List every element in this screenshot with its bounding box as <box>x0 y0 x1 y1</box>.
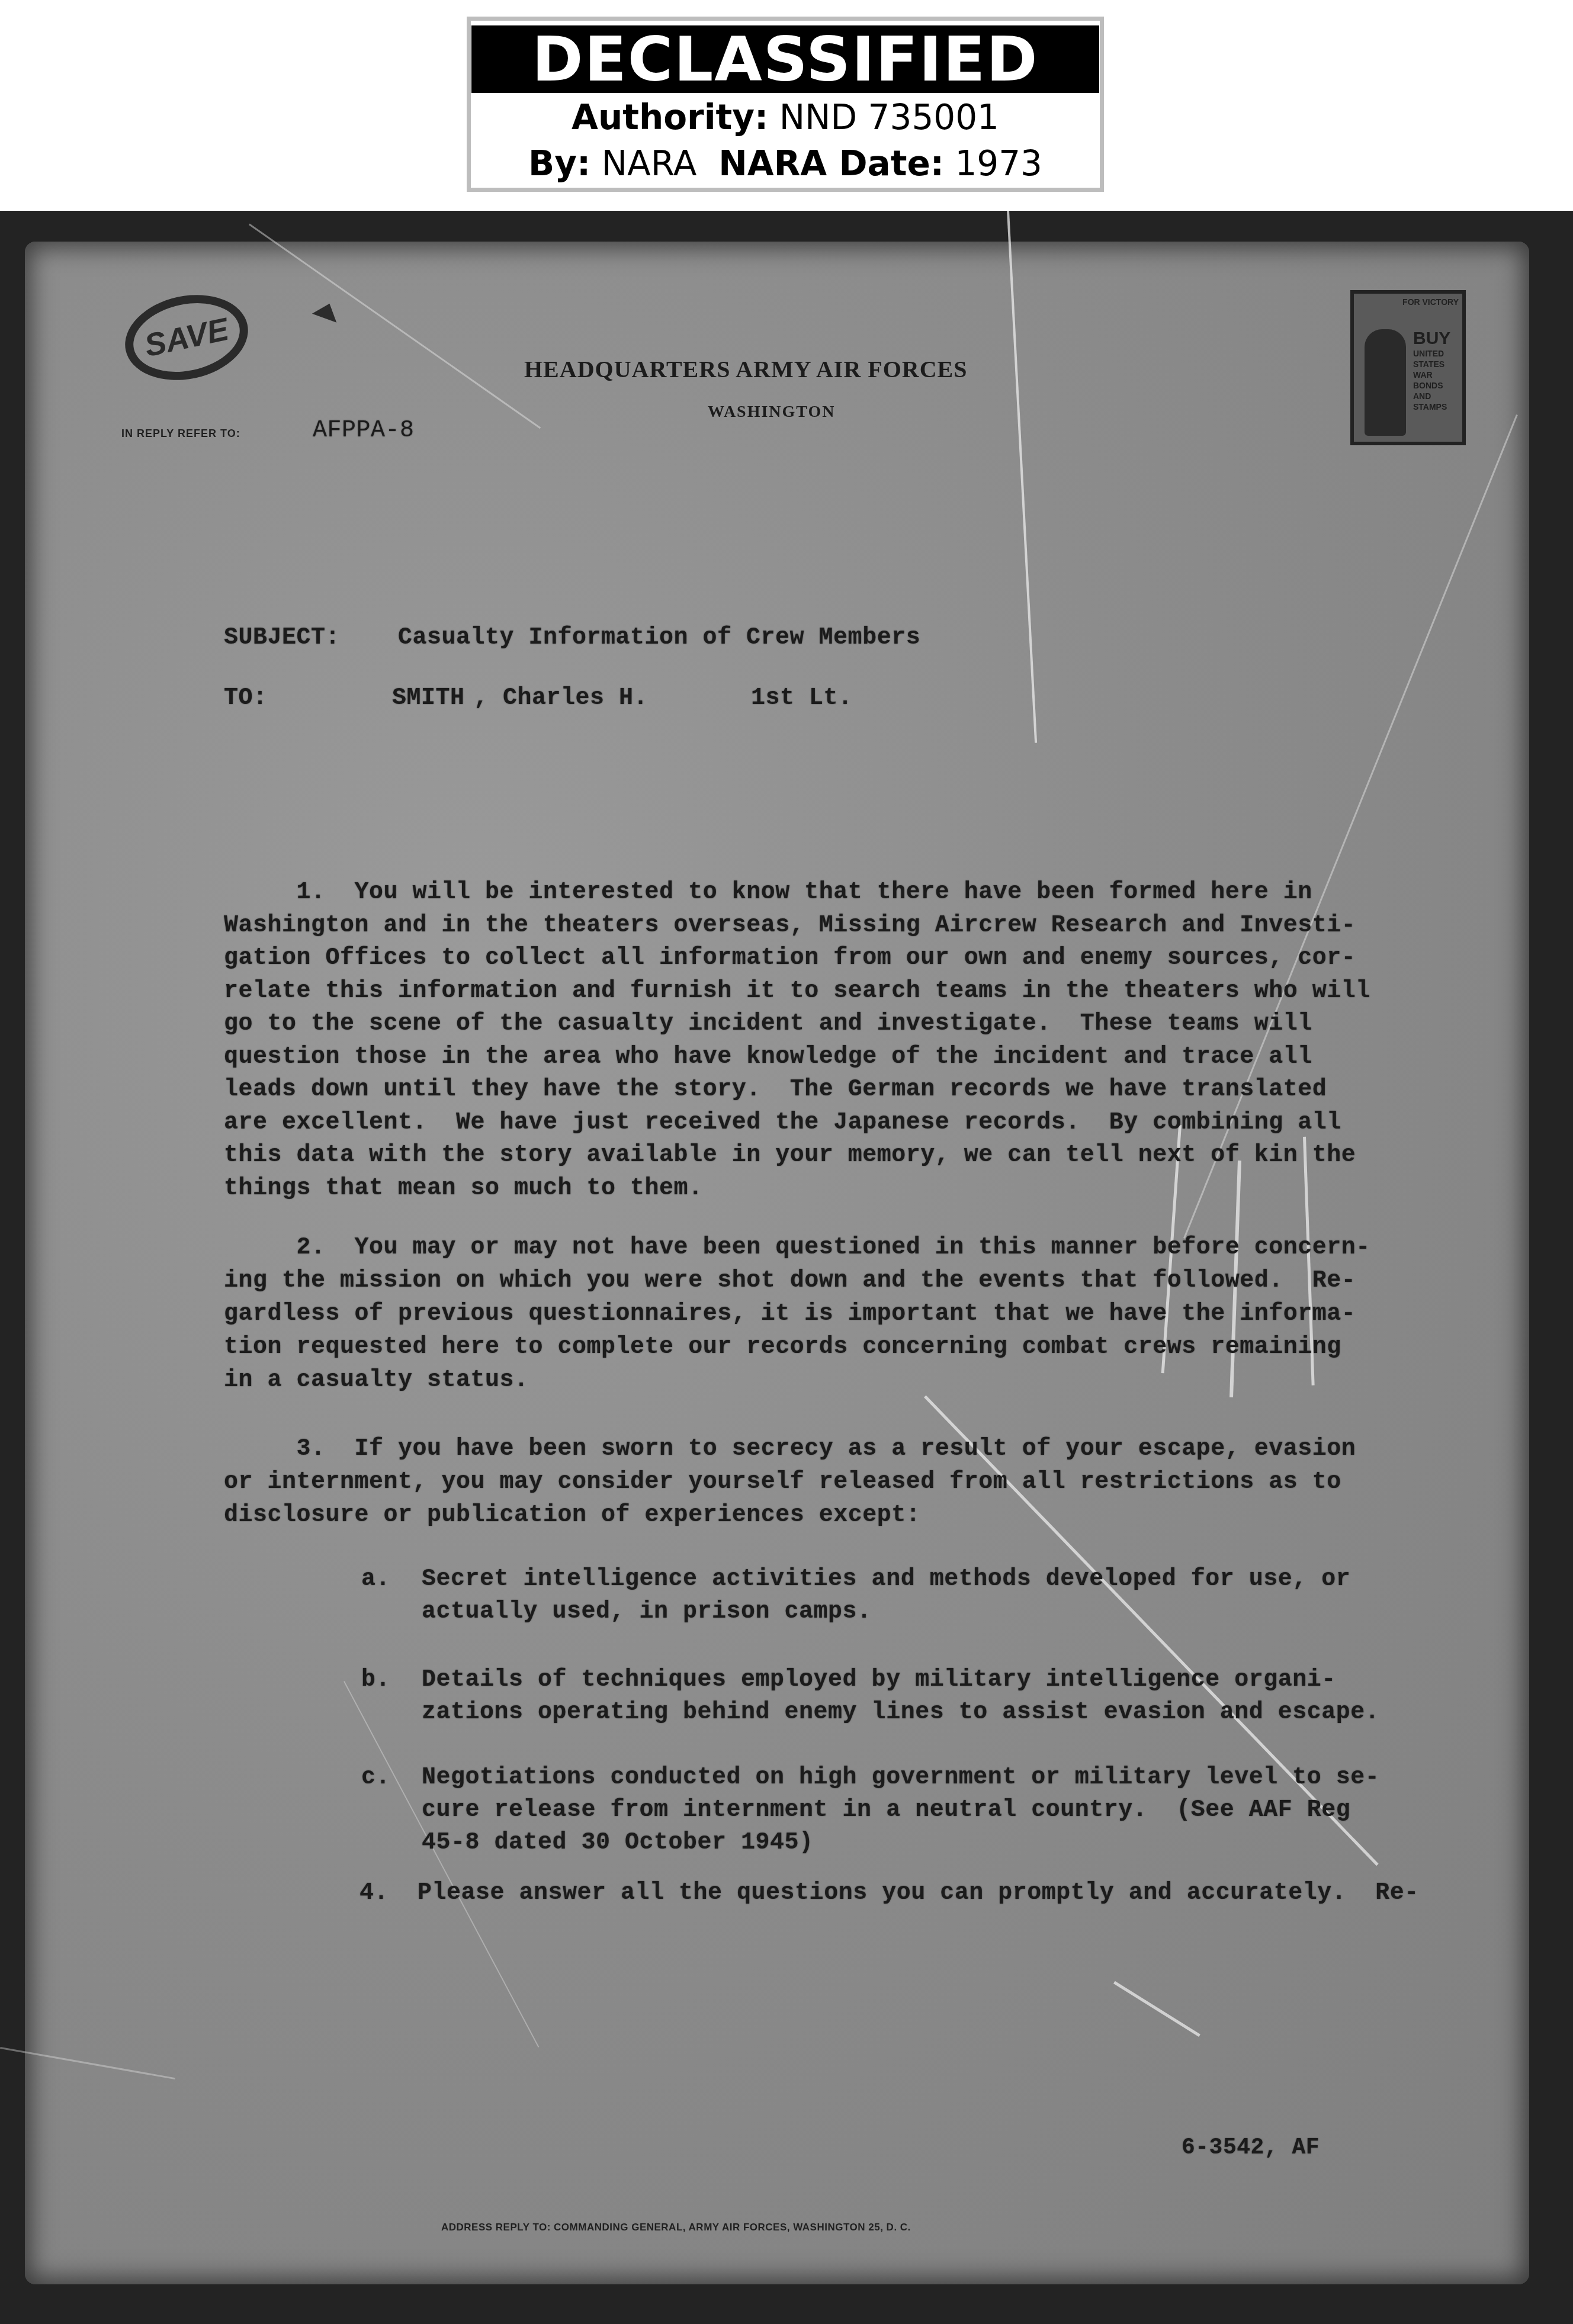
bond-line: STAMPS <box>1413 401 1460 412</box>
paragraph-line: tion requested here to complete our reco… <box>224 1331 1341 1364</box>
stamp-authority-line: Authority: NND 735001 <box>471 97 1100 138</box>
reply-refer-label: IN REPLY REFER TO: <box>121 427 240 440</box>
to-label: TO: <box>224 682 268 715</box>
paragraph-line: or internment, you may consider yourself… <box>224 1466 1341 1499</box>
form-number: 6-3542, AF <box>1182 2132 1320 2164</box>
paragraph-line: gation Offices to collect all informatio… <box>224 942 1356 975</box>
authority-value: NND 735001 <box>779 97 999 137</box>
recipient-given-name: , Charles H. <box>474 682 648 715</box>
exception-line: Details of techniques employed by milita… <box>422 1664 1336 1696</box>
reply-reference: AFPPA-8 <box>313 414 415 447</box>
minuteman-figure-icon <box>1365 329 1406 436</box>
bond-big-text: BUY <box>1413 329 1460 348</box>
recipient-rank: 1st Lt. <box>751 682 853 715</box>
paragraph-line: go to the scene of the casualty incident… <box>224 1008 1312 1040</box>
paragraph-line: ing the mission on which you were shot d… <box>224 1265 1356 1297</box>
date-label: NARA Date: <box>718 143 944 184</box>
address-reply-line: ADDRESS REPLY TO: COMMANDING GENERAL, AR… <box>441 2222 911 2233</box>
paragraph-line: relate this information and furnish it t… <box>224 975 1370 1008</box>
paragraph-line: in a casualty status. <box>224 1364 529 1397</box>
paragraph-line: things that mean so much to them. <box>224 1172 703 1205</box>
organization-name: HEADQUARTERS ARMY AIR FORCES <box>524 355 968 383</box>
bond-stamp-top-text: FOR VICTORY <box>1357 297 1459 309</box>
exception-line: Secret intelligence activities and metho… <box>422 1563 1350 1596</box>
paragraph-line: leads down until they have the story. Th… <box>224 1073 1327 1106</box>
stamp-band: DECLASSIFIED <box>471 25 1099 93</box>
stamp-by-line: By: NARA NARA Date: 1973 <box>471 143 1100 184</box>
paragraph-line: Washington and in the theaters overseas,… <box>224 909 1356 942</box>
paragraph-line: gardless of previous questionnaires, it … <box>224 1298 1356 1330</box>
exception-letter: b. <box>361 1664 390 1696</box>
exception-letter: a. <box>361 1563 390 1596</box>
stamp-title: DECLASSIFIED <box>471 27 1099 92</box>
paragraph-line: this data with the story available in yo… <box>224 1139 1356 1172</box>
paragraph-line: 3. If you have been sworn to secrecy as … <box>224 1433 1356 1465</box>
authority-label: Authority: <box>572 97 768 137</box>
paragraph-line: question those in the area who have know… <box>224 1041 1312 1073</box>
declassified-stamp: DECLASSIFIED Authority: NND 735001 By: N… <box>467 17 1104 192</box>
by-label: By: <box>528 143 590 184</box>
exception-line: actually used, in prison camps. <box>422 1596 872 1628</box>
bond-line: BONDS <box>1413 380 1460 391</box>
save-logo-text: SAVE <box>142 311 232 364</box>
date-value: 1973 <box>955 143 1042 184</box>
recipient-surname: SMITH <box>392 682 465 715</box>
paragraph-line: 1. You will be interested to know that t… <box>224 876 1312 909</box>
subject-label: SUBJECT: <box>224 622 340 654</box>
war-bond-stamp: FOR VICTORY BUY UNITED STATES WAR BONDS … <box>1350 290 1466 445</box>
exception-line: Negotiations conducted on high governmen… <box>422 1762 1379 1794</box>
exception-line: cure release from internment in a neutra… <box>422 1794 1350 1827</box>
paragraph-line: disclosure or publication of experiences… <box>224 1499 920 1532</box>
bond-line: AND <box>1413 391 1460 401</box>
exception-letter: c. <box>361 1762 390 1794</box>
paragraph-4: 4. Please answer all the questions you c… <box>359 1877 1419 1910</box>
by-value: NARA <box>602 143 697 184</box>
paragraph-line: are excellent. We have just received the… <box>224 1107 1341 1139</box>
subject-value: Casualty Information of Crew Members <box>398 622 920 654</box>
organization-city: WASHINGTON <box>708 403 836 422</box>
bond-line: STATES <box>1413 359 1460 369</box>
bond-line: UNITED <box>1413 348 1460 359</box>
exception-line: 45-8 dated 30 October 1945) <box>422 1827 814 1859</box>
bond-stamp-text: BUY UNITED STATES WAR BONDS AND STAMPS <box>1413 329 1460 412</box>
paragraph-line: 2. You may or may not have been question… <box>224 1232 1370 1264</box>
bond-line: WAR <box>1413 369 1460 380</box>
exception-line: zations operating behind enemy lines to … <box>422 1696 1379 1729</box>
